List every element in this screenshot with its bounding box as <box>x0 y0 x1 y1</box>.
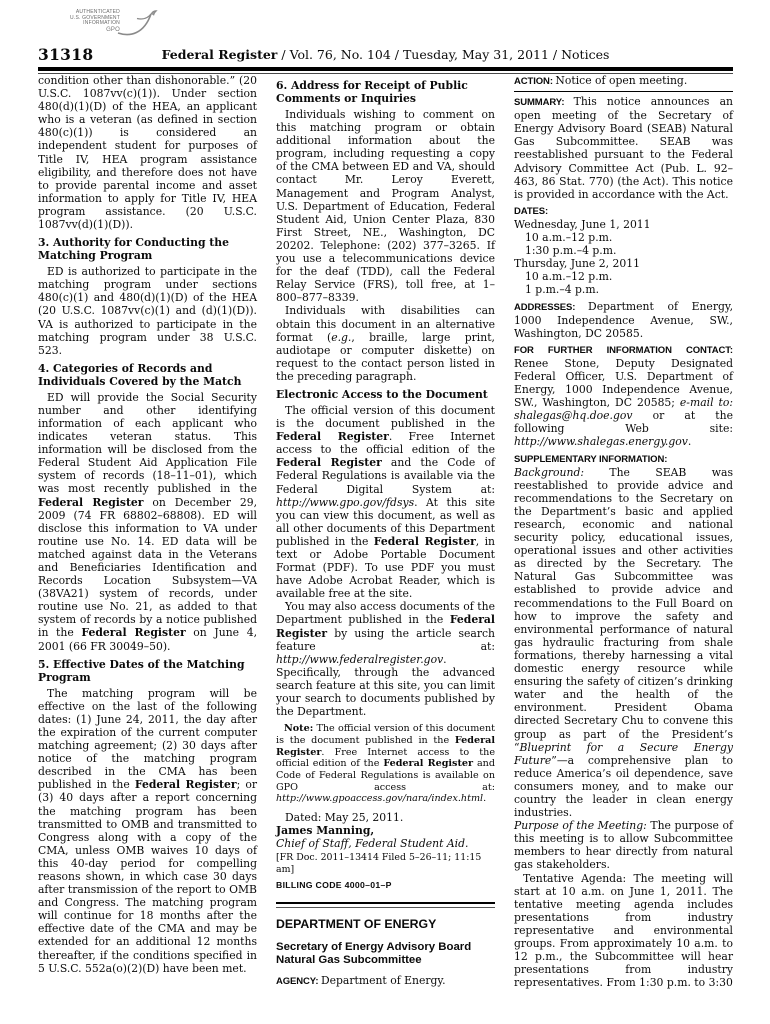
document-body: condition other than dishonorable.” (20 … <box>38 74 733 989</box>
date-line: Thursday, June 2, 2011 <box>514 257 733 270</box>
section-divider <box>276 902 495 908</box>
time-line: 1:30 p.m.–4 p.m. <box>514 244 733 257</box>
page-header: AUTHENTICATED U.S. GOVERNMENT INFORMATIO… <box>38 6 733 74</box>
section-heading-authority: 3. Authority for Conducting the Matching… <box>38 236 257 262</box>
labeled-paragraph: AGENCY: Department of Energy. <box>276 974 495 988</box>
paragraph: You may also access documents of the Dep… <box>276 600 495 718</box>
section-heading-effective-dates: 5. Effective Dates of the Matching Progr… <box>38 658 257 684</box>
header-rule-thick <box>38 67 733 71</box>
section-label: SUPPLEMENTARY INFORMATION: <box>514 452 733 466</box>
gpo-eagle-icon <box>116 6 158 44</box>
section-heading-address: 6. Address for Receipt of Public Comment… <box>276 79 495 105</box>
note-paragraph: Note: The official version of this docum… <box>276 723 495 805</box>
department-heading: DEPARTMENT OF ENERGY <box>276 918 495 931</box>
gpo-logo-acronym: GPO <box>62 28 120 34</box>
header-title-issue: / Vol. 76, No. 104 / Tuesday, May 31, 20… <box>277 47 609 62</box>
section-heading-categories: 4. Categories of Records and Individuals… <box>38 362 257 388</box>
section-heading-electronic-access: Electronic Access to the Document <box>276 388 495 401</box>
paragraph: The matching program will be effective o… <box>38 687 257 975</box>
column-3: ACTION: Notice of open meeting.SUMMARY: … <box>514 74 733 989</box>
page-number: 31318 <box>38 45 93 64</box>
time-line: 10 a.m.–12 p.m. <box>514 270 733 283</box>
date-line: Wednesday, June 1, 2011 <box>514 218 733 231</box>
paragraph: Background: The SEAB was reestablished t… <box>514 466 733 820</box>
paragraph: The official version of this document is… <box>276 404 495 600</box>
federal-register-page: AUTHENTICATED U.S. GOVERNMENT INFORMATIO… <box>0 0 770 1024</box>
signature-name: James Manning, <box>276 824 495 837</box>
time-line: 10 a.m.–12 p.m. <box>514 231 733 244</box>
dated-line: Dated: May 25, 2011. <box>276 811 495 824</box>
gpo-logo-text: AUTHENTICATED U.S. GOVERNMENT INFORMATIO… <box>62 10 120 33</box>
paragraph: Tentative Agenda: The meeting will start… <box>514 872 733 990</box>
gpo-logo-line: INFORMATION <box>62 21 120 27</box>
running-head: 31318 Federal Register / Vol. 76, No. 10… <box>38 44 733 63</box>
labeled-paragraph: FOR FURTHER INFORMATION CONTACT: Renee S… <box>514 343 733 449</box>
paragraph: Purpose of the Meeting: The purpose of t… <box>514 819 733 871</box>
section-label: DATES: <box>514 204 733 218</box>
paragraph: Individuals with disabilities can obtain… <box>276 304 495 383</box>
column-1: condition other than dishonorable.” (20 … <box>38 74 257 989</box>
paragraph: ED is authorized to participate in the m… <box>38 265 257 357</box>
labeled-paragraph: ACTION: Notice of open meeting. <box>514 74 733 88</box>
paragraph: Individuals wishing to comment on this m… <box>276 108 495 304</box>
gpo-authentication-logo: AUTHENTICATED U.S. GOVERNMENT INFORMATIO… <box>40 6 160 44</box>
time-line: 1 p.m.–4 p.m. <box>514 283 733 296</box>
subject-heading: Secretary of Energy Advisory Board Natur… <box>276 941 495 968</box>
billing-code: BILLING CODE 4000–01–P <box>276 879 495 892</box>
fr-doc-line: [FR Doc. 2011–13414 Filed 5–26–11; 11:15… <box>276 852 495 875</box>
labeled-paragraph: ADDRESSES: Department of Energy, 1000 In… <box>514 300 733 340</box>
header-title: Federal Register / Vol. 76, No. 104 / Tu… <box>162 47 610 62</box>
header-title-publication: Federal Register <box>162 47 278 62</box>
para-continuation: condition other than dishonorable.” (20 … <box>38 74 257 231</box>
labeled-paragraph: SUMMARY: This notice announces an open m… <box>514 95 733 201</box>
signature-title: Chief of Staff, Federal Student Aid. <box>276 837 495 850</box>
column-2: 6. Address for Receipt of Public Comment… <box>276 74 495 989</box>
paragraph: ED will provide the Social Security numb… <box>38 391 257 653</box>
thin-rule <box>514 91 733 92</box>
